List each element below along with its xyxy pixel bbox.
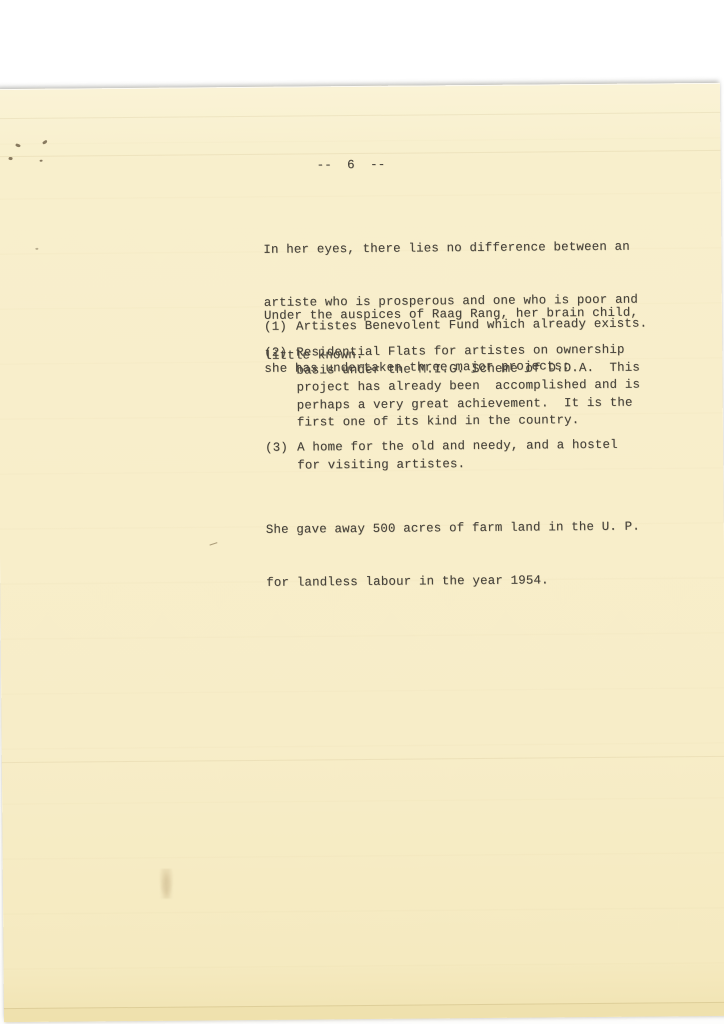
pencil-speck bbox=[42, 140, 48, 145]
list-item-text: A home for the old and needy, and a host… bbox=[297, 437, 618, 475]
pencil-speck bbox=[35, 248, 38, 250]
pencil-speck bbox=[15, 143, 21, 148]
list-item-number: (2) bbox=[264, 345, 297, 433]
list-item-number: (3) bbox=[265, 440, 297, 475]
list-item: (1) Artistes Benevolent Fund which alrea… bbox=[264, 316, 647, 337]
list-item-text: Artistes Benevolent Fund which already e… bbox=[296, 316, 647, 337]
list-item-line: first one of its kind in the country. bbox=[297, 412, 641, 433]
paragraph-line: In her eyes, there lies no difference be… bbox=[263, 239, 637, 260]
list-item-line: for visiting artistes. bbox=[297, 454, 618, 474]
closing-paragraph: She gave away 500 acres of farm land in … bbox=[265, 484, 640, 628]
scan-streak bbox=[0, 112, 720, 119]
list-item: (3) A home for the old and needy, and a … bbox=[265, 437, 618, 475]
paragraph-line: She gave away 500 acres of farm land in … bbox=[266, 519, 640, 540]
bleed-through-smudge bbox=[159, 869, 174, 899]
list-item-line: A home for the old and needy, and a host… bbox=[297, 437, 618, 457]
list-item-line: Artistes Benevolent Fund which already e… bbox=[296, 316, 647, 337]
pencil-speck bbox=[8, 157, 12, 161]
scanner-background: -- 6 -- In her eyes, there lies no diffe… bbox=[0, 0, 724, 1024]
paragraph-line: for landless labour in the year 1954. bbox=[266, 572, 640, 593]
list-item-text: Residential Flats for artistes on owners… bbox=[296, 342, 640, 433]
list-item-number: (1) bbox=[264, 319, 296, 337]
paper-bottom-edge bbox=[4, 1002, 724, 1022]
pencil-speck bbox=[40, 160, 43, 162]
document-page: -- 6 -- In her eyes, there lies no diffe… bbox=[0, 83, 724, 1022]
scan-streak bbox=[2, 756, 724, 763]
list-item: (2) Residential Flats for artistes on ow… bbox=[264, 342, 640, 433]
list-item-line: perhaps a very great achievement. It is … bbox=[297, 394, 641, 415]
pencil-tick-mark bbox=[210, 542, 219, 548]
page-number: -- 6 -- bbox=[317, 157, 386, 175]
